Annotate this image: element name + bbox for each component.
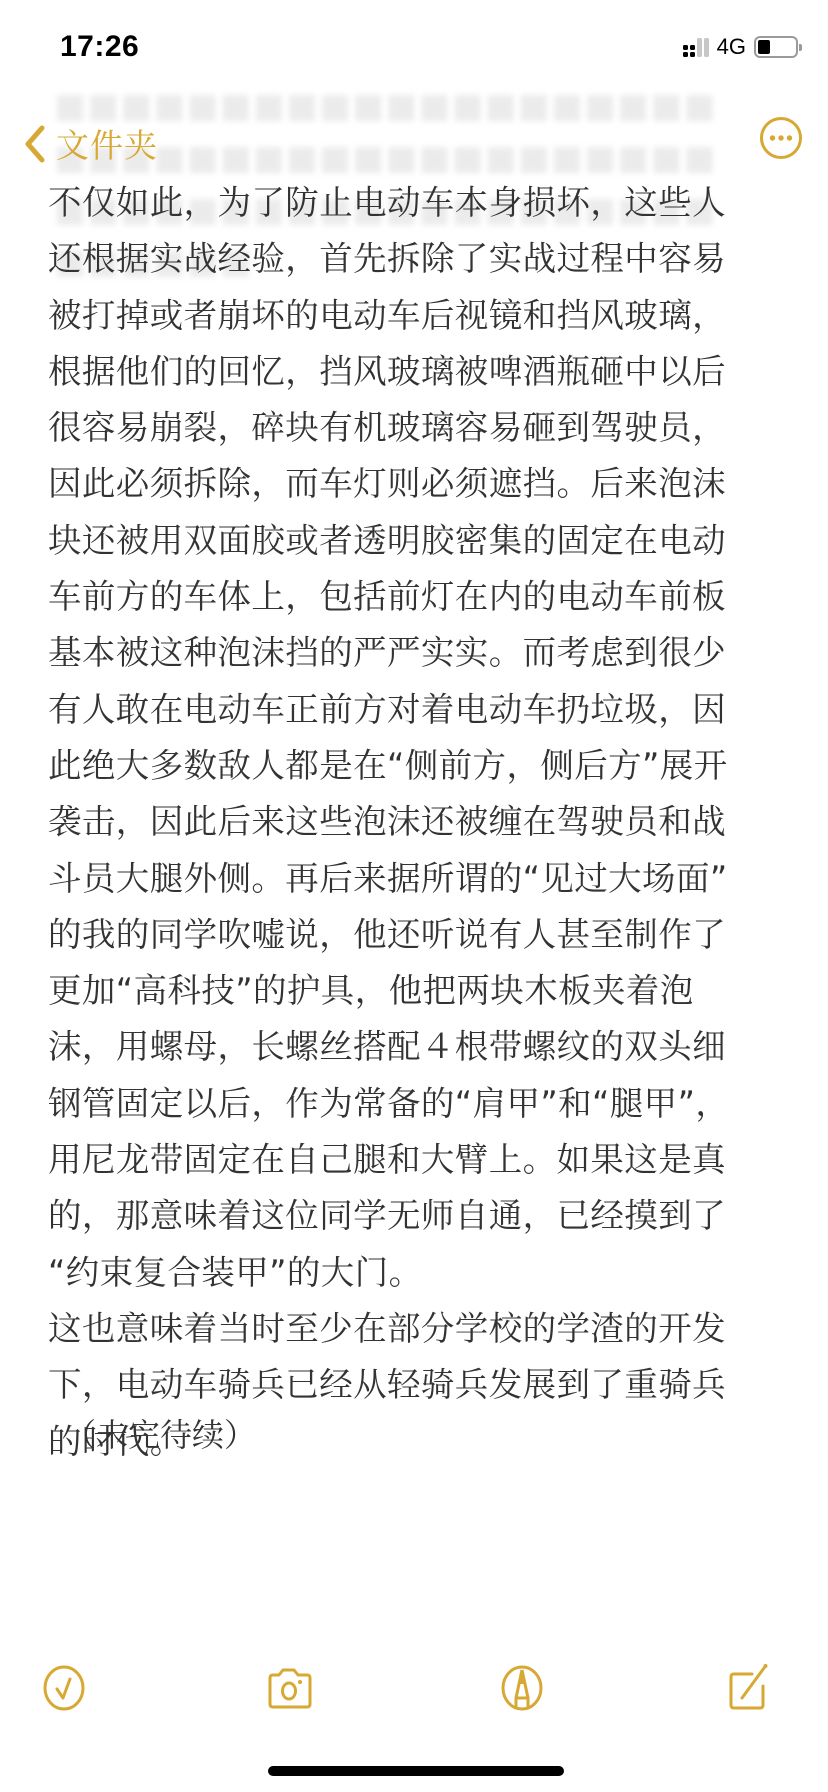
note-line: 的我的同学吹嘘说，他还听说有人甚至制作了	[48, 907, 778, 963]
note-line: “约束复合装甲”的大门。	[48, 1245, 778, 1301]
status-time: 17:26	[60, 30, 139, 64]
camera-button[interactable]	[262, 1660, 318, 1716]
bottom-toolbar	[0, 1660, 828, 1720]
note-line: 基本被这种泡沫挡的严严实实。而考虑到很少	[48, 625, 778, 681]
note-line: 更加“高科技”的护具，他把两块木板夹着泡	[48, 963, 778, 1019]
navigation-bar: 文件夹	[0, 110, 828, 170]
markup-button[interactable]	[494, 1660, 550, 1716]
to-be-continued-text: （未完待续）	[64, 1410, 256, 1456]
back-to-folders-button[interactable]: 文件夹	[22, 120, 158, 167]
camera-icon	[262, 1660, 318, 1716]
home-indicator[interactable]	[268, 1766, 564, 1776]
network-type: 4G	[717, 34, 746, 60]
ellipsis-circle-icon	[759, 116, 803, 160]
note-line: 下，电动车骑兵已经从轻骑兵发展到了重骑兵	[48, 1357, 778, 1413]
note-line: 被打掉或者崩坏的电动车后视镜和挡风玻璃，	[48, 288, 778, 344]
note-line: 因此必须拆除，而车灯则必须遮挡。后来泡沫	[48, 456, 778, 512]
checklist-button[interactable]	[36, 1660, 92, 1716]
note-line: 此绝大多数敌人都是在“侧前方，侧后方”展开	[48, 738, 778, 794]
note-line: 块还被用双面胶或者透明胶密集的固定在电动	[48, 513, 778, 569]
more-options-button[interactable]	[759, 116, 803, 160]
compose-button[interactable]	[720, 1660, 776, 1716]
note-line: 有人敢在电动车正前方对着电动车扔垃圾，因	[48, 682, 778, 738]
checkmark-circle-icon	[36, 1660, 92, 1716]
note-line: 这也意味着当时至少在部分学校的学渣的开发	[48, 1301, 778, 1357]
note-line: 还根据实战经验，首先拆除了实战过程中容易	[48, 231, 778, 287]
note-line: 根据他们的回忆，挡风玻璃被啤酒瓶砸中以后	[48, 344, 778, 400]
status-bar: 17:26 4G	[0, 0, 828, 96]
note-line: 的，那意味着这位同学无师自通，已经摸到了	[48, 1188, 778, 1244]
note-content[interactable]: 不仅如此，为了防止电动车本身损坏，这些人 还根据实战经验，首先拆除了实战过程中容…	[48, 175, 778, 1470]
note-line: 不仅如此，为了防止电动车本身损坏，这些人	[48, 175, 778, 231]
cellular-signal-icon	[683, 38, 709, 57]
note-line: 钢管固定以后，作为常备的“肩甲”和“腿甲”，	[48, 1076, 778, 1132]
back-label: 文件夹	[56, 120, 158, 167]
note-line: 用尼龙带固定在自己腿和大臂上。如果这是真	[48, 1132, 778, 1188]
chevron-left-icon	[22, 124, 46, 164]
battery-icon	[754, 36, 798, 58]
compose-icon	[720, 1660, 776, 1716]
note-line: 很容易崩裂，碎块有机玻璃容易砸到驾驶员，	[48, 400, 778, 456]
pen-tip-circle-icon	[494, 1660, 550, 1716]
status-indicators: 4G	[683, 34, 798, 60]
note-line: 沫，用螺母，长螺丝搭配４根带螺纹的双头细	[48, 1019, 778, 1075]
note-line: 袭击，因此后来这些泡沫还被缠在驾驶员和战	[48, 794, 778, 850]
note-line: 车前方的车体上，包括前灯在内的电动车前板	[48, 569, 778, 625]
note-line: 斗员大腿外侧。再后来据所谓的“见过大场面”	[48, 851, 778, 907]
